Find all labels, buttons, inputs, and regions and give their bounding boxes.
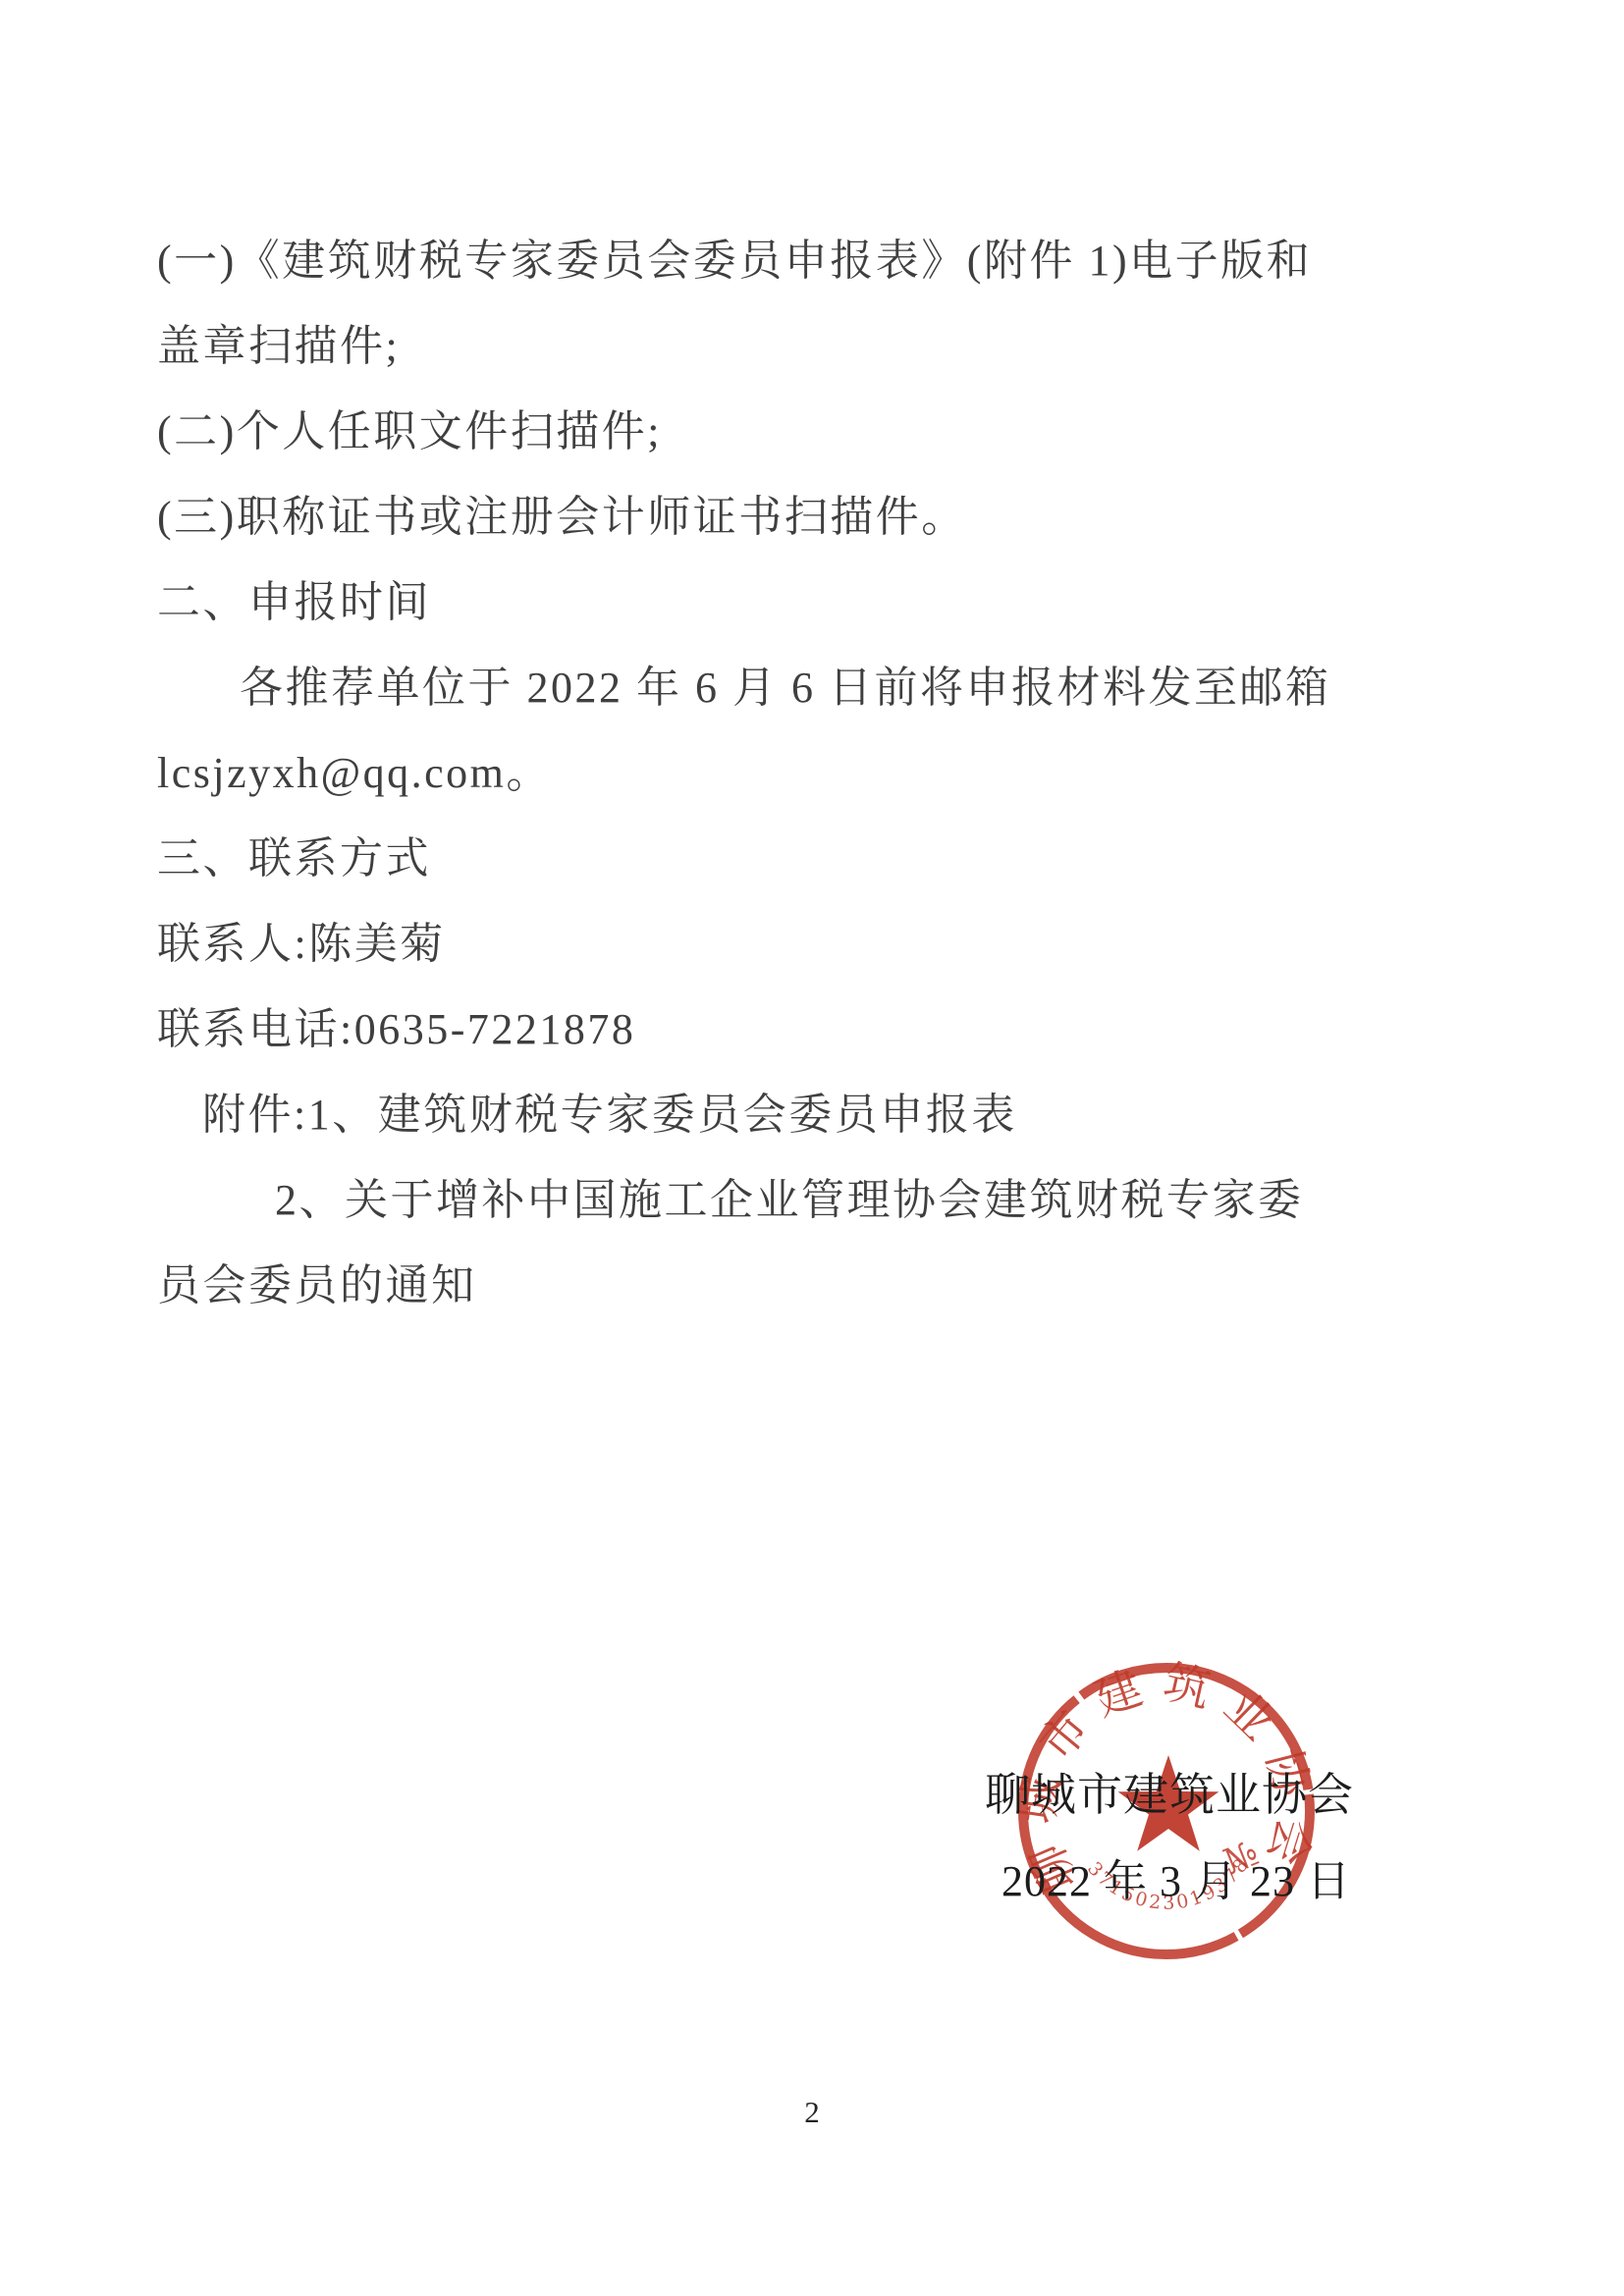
doc-line: 盖章扫描件; xyxy=(157,303,1492,389)
doc-line: 联系电话:0635-7221878 xyxy=(157,987,1492,1072)
signature-date: 2022 年 3 月 23 日 xyxy=(1001,1845,1351,1908)
doc-line: (一)《建筑财税专家委员会委员申报表》(附件 1)电子版和 xyxy=(157,218,1492,303)
doc-line: (二)个人任职文件扫描件; xyxy=(157,389,1492,474)
doc-line: (三)职称证书或注册会计师证书扫描件。 xyxy=(157,474,1492,560)
doc-line: 员会委员的通知 xyxy=(157,1243,1492,1328)
doc-line: 各推荐单位于 2022 年 6 月 6 日前将申报材料发至邮箱 xyxy=(157,645,1492,730)
doc-line: 2、关于增补中国施工企业管理协会建筑财税专家委 xyxy=(157,1157,1492,1243)
doc-line: lcsjzyxh@qq.com。 xyxy=(157,730,1492,816)
doc-line: 联系人:陈美菊 xyxy=(157,901,1492,987)
doc-line-attachments: 附件:1、建筑财税专家委员会委员申报表 xyxy=(157,1072,1492,1157)
doc-line: 三、联系方式 xyxy=(157,816,1492,901)
doc-line: 二、申报时间 xyxy=(157,560,1492,645)
document-body: (一)《建筑财税专家委员会委员申报表》(附件 1)电子版和 盖章扫描件; (二)… xyxy=(157,218,1492,1328)
signature-organization: 聊城市建筑业协会 xyxy=(985,1759,1354,1824)
document-page: (一)《建筑财税专家委员会委员申报表》(附件 1)电子版和 盖章扫描件; (二)… xyxy=(0,0,1624,2296)
page-number: 2 xyxy=(0,2095,1624,2130)
